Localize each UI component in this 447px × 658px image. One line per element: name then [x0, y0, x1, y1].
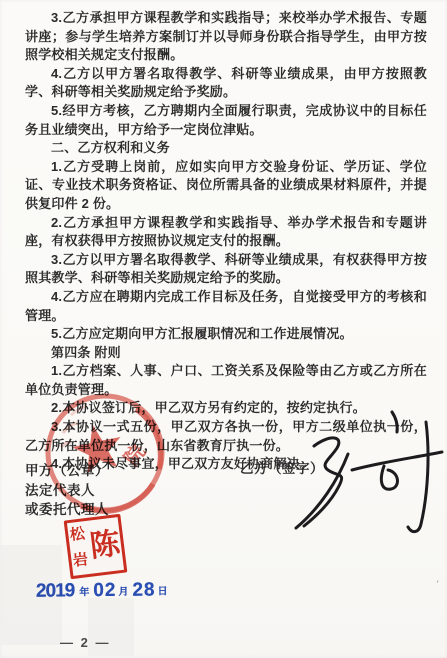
contract-paragraph: 1.乙方受聘上岗前，应如实向甲方交验身份证、学历证、学位证、专业技术职务资格证、…: [25, 158, 427, 214]
contract-scan-page: , 3.乙方承担甲方课程教学和实践指导；来校举办学术报告、专题讲座；参与学生培养…: [0, 0, 447, 658]
seal-star-icon: [68, 419, 126, 475]
seal-faded-text: [61, 423, 77, 447]
seal-visible-char: 院: [119, 440, 150, 471]
contract-paragraph: 4.乙方应在聘期内完成工作目标及任务，自觉接受甲方的考核和管理。: [25, 288, 427, 325]
date-stamp-day-label: 日: [158, 587, 170, 599]
name-stamp-char: 松: [69, 527, 86, 544]
date-stamp-month: 02: [93, 581, 116, 600]
name-stamp-char: 岩: [72, 553, 89, 570]
date-stamp-day: 28: [132, 580, 155, 599]
page-number: — 2 —: [60, 635, 110, 650]
signature-handwriting: [280, 396, 447, 534]
contract-paragraph: 2.乙方承担甲方课程教学和实践指导、举办学术报告和专题讲座，有权获得甲方按照协议…: [25, 214, 427, 251]
contract-paragraph: 3.乙方以甲方署名取得教学、科研等业绩成果，有权获得甲方按照其教学、科研等相关奖…: [25, 251, 427, 288]
contract-paragraph: 3.乙方承担甲方课程教学和实践指导；来校举办学术报告、专题讲座；参与学生培养方案…: [25, 9, 427, 65]
round-official-seal-stamp: 院: [41, 389, 171, 519]
date-stamp-year-label: 年: [79, 588, 91, 600]
contract-section-heading: 二、乙方权利和义务: [25, 139, 427, 158]
contract-paragraph: 5.乙方应定期向甲方汇报履职情况和工作进展情况。: [25, 325, 427, 344]
name-stamp: 陈 松 岩: [64, 514, 128, 580]
scan-artifact-mark: ,: [436, 573, 444, 584]
contract-paragraph: 4.乙方以甲方署名取得教学、科研等业绩成果，由甲方按照教学、科研等相关奖励规定给…: [25, 65, 427, 102]
contract-section-heading: 第四条 附则: [25, 344, 427, 363]
date-stamp: 2019 年 02 月 28 日: [36, 580, 170, 600]
contract-paragraph: 5.经甲方考核，乙方聘期内全面履行职责，完成协议中的目标任务且业绩突出，甲方给予…: [25, 102, 427, 139]
date-stamp-year: 2019: [36, 581, 74, 600]
date-stamp-month-label: 月: [118, 588, 130, 600]
name-stamp-char: 陈: [87, 518, 123, 572]
